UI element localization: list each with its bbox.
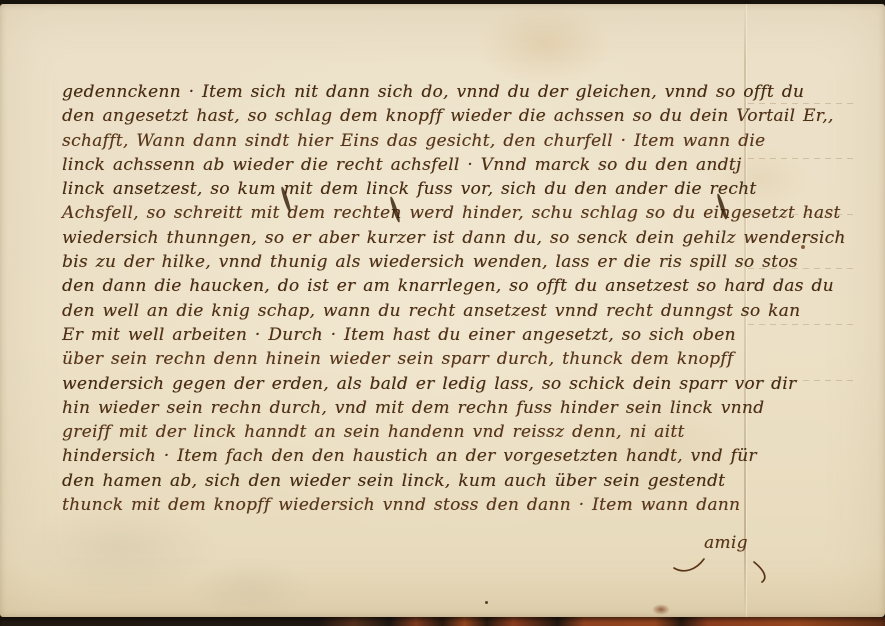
manuscript-line: hindersich · Item fach den den haustich … bbox=[62, 444, 824, 468]
manuscript-line: greiff mit der linck hanndt an sein hand… bbox=[62, 420, 824, 444]
manuscript-line: über sein rechn denn hinein wieder sein … bbox=[62, 347, 824, 371]
photo-backdrop: gedennckenn · Item sich nit dann sich do… bbox=[0, 0, 885, 626]
manuscript-line: den angesetzt hast, so schlag dem knopff… bbox=[62, 104, 824, 128]
manuscript-line: linck achssenn ab wieder die recht achsf… bbox=[62, 153, 824, 177]
manuscript-line: Achsfell, so schreitt mit dem rechten we… bbox=[62, 201, 824, 225]
manuscript-line: wiedersich thunngen, so er aber kurzer i… bbox=[62, 226, 824, 250]
manuscript-line: Er mit well arbeiten · Durch · Item hast… bbox=[62, 323, 824, 347]
catchword-text: amig bbox=[704, 533, 748, 553]
manuscript-line: den well an die knig schap, wann du rech… bbox=[62, 299, 824, 323]
manuscript-line: den dann die haucken, do ist er am knarr… bbox=[62, 274, 824, 298]
manuscript-line: gedennckenn · Item sich nit dann sich do… bbox=[62, 80, 824, 104]
manuscript-line: schafft, Wann dann sindt hier Eins das g… bbox=[62, 129, 824, 153]
manuscript-line: bis zu der hilke, vnnd thunig als wieder… bbox=[62, 250, 824, 274]
manuscript-line: thunck mit dem knopff wiedersich vnnd st… bbox=[62, 493, 824, 517]
ink-spot bbox=[485, 601, 488, 604]
manuscript-line: den hamen ab, sich den wieder sein linck… bbox=[62, 469, 824, 493]
manuscript-line: wendersich gegen der erden, als bald er … bbox=[62, 372, 824, 396]
manuscript-line: hin wieder sein rechn durch, vnd mit dem… bbox=[62, 396, 824, 420]
manuscript-line: linck ansetzest, so kum mit dem linck fu… bbox=[62, 177, 824, 201]
book-fore-edge-bottom bbox=[0, 617, 885, 626]
ink-spot bbox=[801, 245, 805, 249]
manuscript-page: gedennckenn · Item sich nit dann sich do… bbox=[0, 4, 885, 617]
stain-smudge bbox=[652, 604, 670, 615]
manuscript-text-block: gedennckenn · Item sich nit dann sich do… bbox=[62, 80, 824, 517]
